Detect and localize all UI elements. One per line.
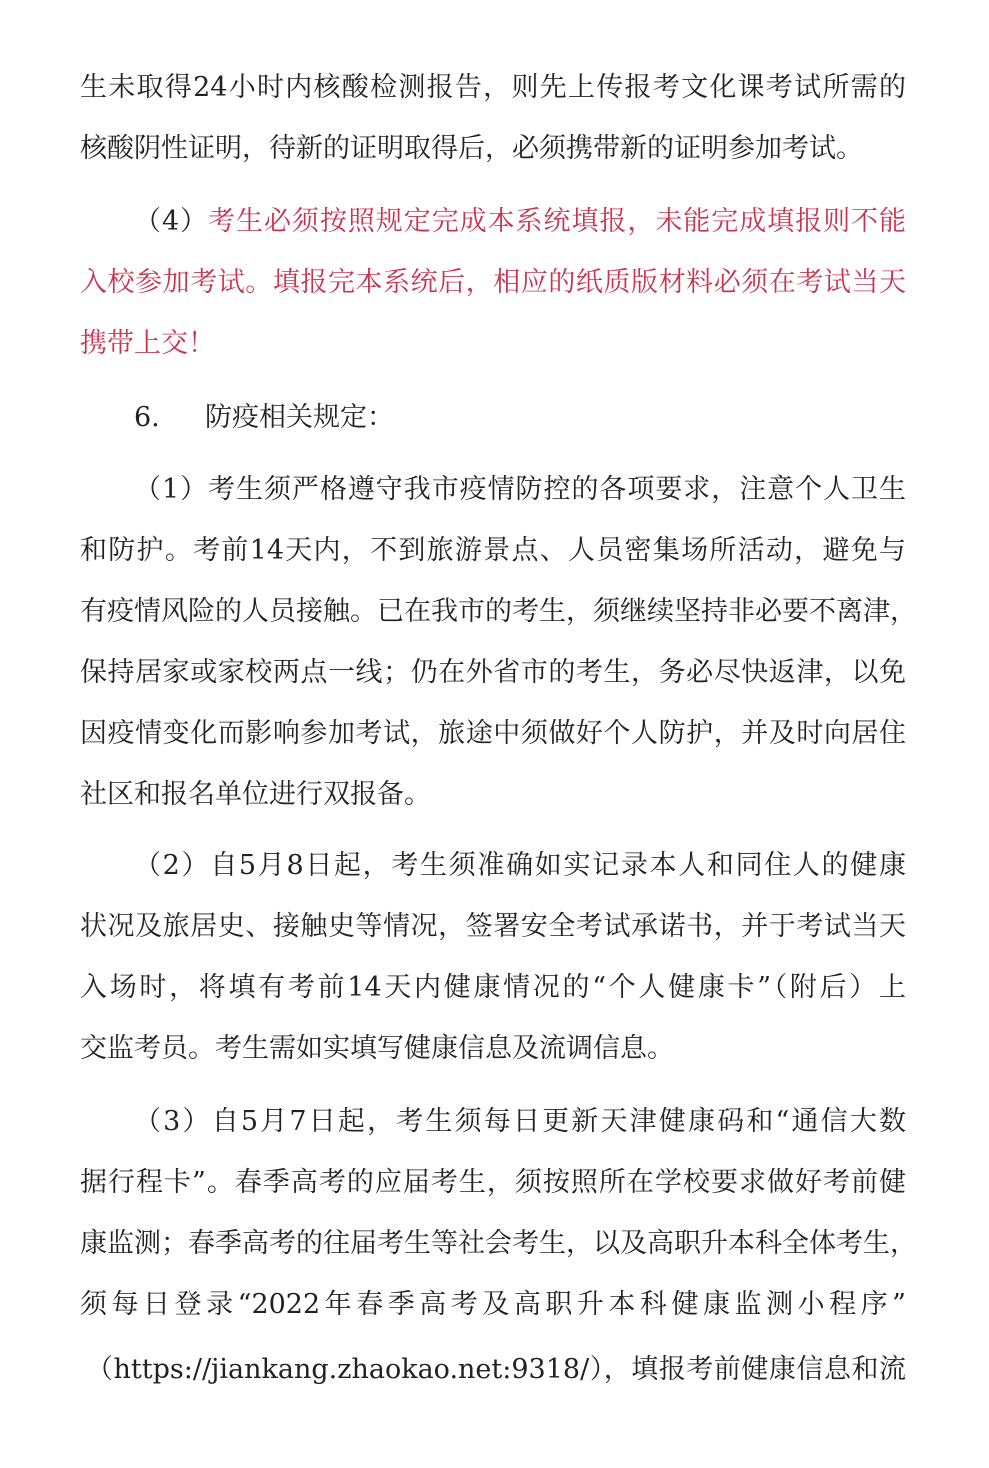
para-1-line: （1）考生须严格遵守我市疫情防控的各项要求，注意个人卫生: [134, 470, 906, 510]
section-title: 防疫相关规定：: [205, 398, 394, 438]
para-3-line: 须每日登录“2022年春季高考及高职升本科健康监测小程序”: [80, 1285, 906, 1325]
para-1-line: 因疫情变化而影响参加考试，旅途中须做好个人防护，并及时向居住: [80, 714, 906, 754]
para-1-line: 和防护。考前14天内，不到旅游景点、人员密集场所活动，避免与: [80, 531, 906, 571]
para-1-line: 有疫情风险的人员接触。已在我市的考生，须继续坚持非必要不离津，: [80, 592, 906, 632]
item-4-prefix: （4）: [134, 206, 208, 237]
para-2-line: （2）自5月8日起，考生须准确如实记录本人和同住人的健康: [134, 846, 906, 886]
section-number: 6.: [134, 398, 160, 438]
para-1-line: 保持居家或家校两点一线；仍在外省市的考生，务必尽快返津，以免: [80, 653, 906, 693]
item-4-highlight: 考生必须按照规定完成本系统填报，未能完成填报则不能: [208, 206, 906, 237]
text-line: 核酸阴性证明，待新的证明取得后，必须携带新的证明参加考试。: [80, 129, 906, 169]
para-3-url-line: （https://jiankang.zhaokao.net:9318/），填报考…: [86, 1350, 906, 1390]
section-6-heading: 6. 防疫相关规定：: [0, 398, 989, 438]
item-4-line-3: 携带上交！: [80, 324, 906, 364]
para-3-line: （3）自5月7日起，考生须每日更新天津健康码和“通信大数: [134, 1102, 906, 1142]
para-3-line: 据行程卡”。春季高考的应届考生，须按照所在学校要求做好考前健: [80, 1163, 906, 1203]
text-line: 生未取得24小时内核酸检测报告，则先上传报考文化课考试所需的: [80, 68, 906, 108]
para-2-line: 交监考员。考生需如实填写健康信息及流调信息。: [80, 1029, 906, 1069]
item-4-line-1: （4）考生必须按照规定完成本系统填报，未能完成填报则不能: [134, 202, 906, 242]
para-1-line: 社区和报名单位进行双报备。: [80, 775, 906, 815]
para-3-line: 康监测；春季高考的往届考生等社会考生，以及高职升本科全体考生，: [80, 1224, 906, 1264]
para-2-line: 入场时，将填有考前14天内健康情况的“个人健康卡”（附后）上: [80, 968, 906, 1008]
item-4-line-2: 入校参加考试。填报完本系统后，相应的纸质版材料必须在考试当天: [80, 263, 906, 303]
para-2-line: 状况及旅居史、接触史等情况，签署安全考试承诺书，并于考试当天: [80, 907, 906, 947]
